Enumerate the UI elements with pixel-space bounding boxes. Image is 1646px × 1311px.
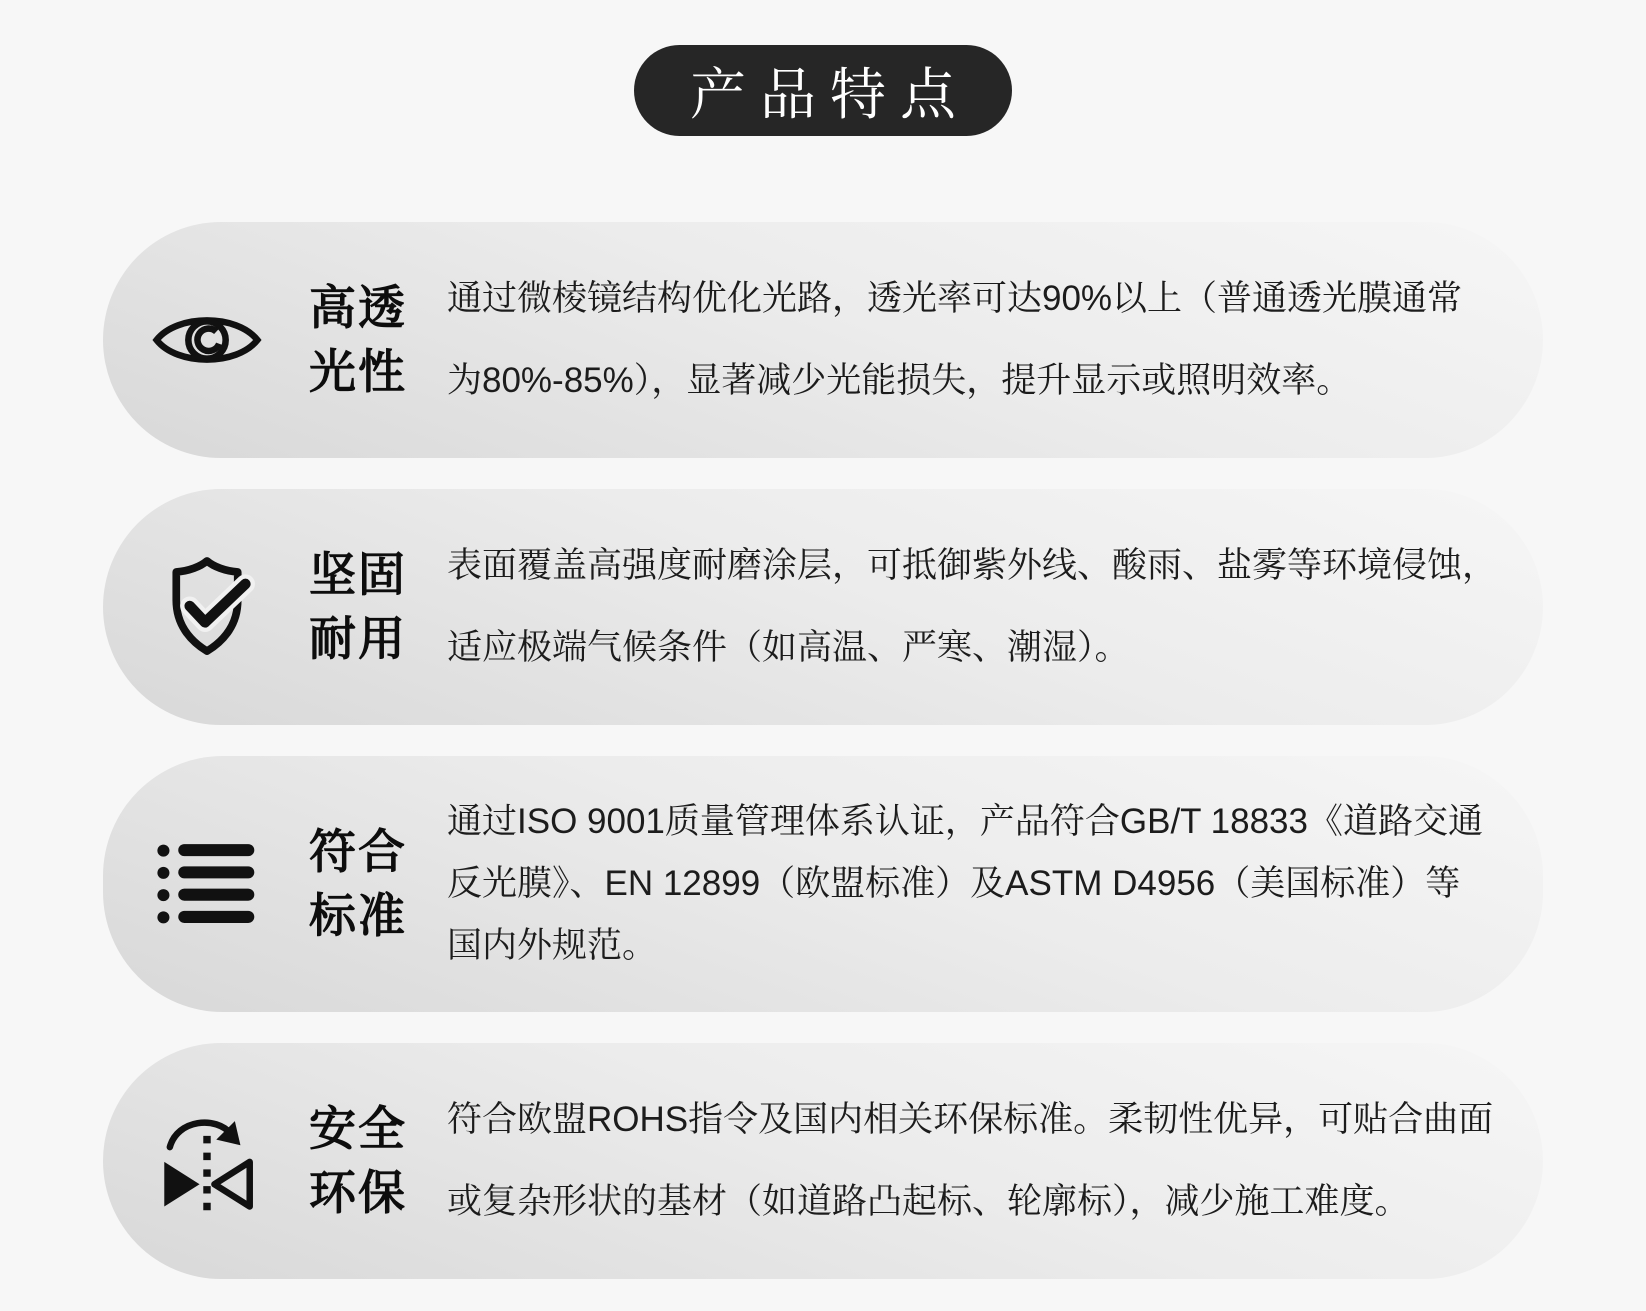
product-features-page: 产品特点 高透 光性 通过微棱镜结构优化光路，透光率可达90%以上（普通透光膜通… [0,0,1646,1311]
card-title-line2: 光性 [309,340,411,404]
feature-card-high-transmittance: 高透 光性 通过微棱镜结构优化光路，透光率可达90%以上（普通透光膜通常 为80… [103,222,1543,458]
card-title-line2: 标准 [309,884,411,948]
card-title-line1: 安全 [309,1097,411,1161]
description-line: 反光膜》、EN 12899（欧盟标准）及ASTM D4956（美国标准）等 [447,853,1483,915]
description-line: 适应极端气候条件（如高温、严寒、潮湿）。 [447,607,1497,689]
card-title: 安全 环保 [309,1097,411,1225]
card-title: 符合 标准 [309,820,411,948]
description-line: 通过微棱镜结构优化光路，透光率可达90%以上（普通透光膜通常 [447,258,1462,340]
card-title: 坚固 耐用 [309,543,411,671]
eye-icon [131,307,283,373]
feature-card-list: 高透 光性 通过微棱镜结构优化光路，透光率可达90%以上（普通透光膜通常 为80… [103,222,1543,1279]
feature-card-standards: 符合 标准 通过ISO 9001质量管理体系认证，产品符合GB/T 18833《… [103,756,1543,1012]
description-line: 为80%-85%），显著减少光能损失，提升显示或照明效率。 [447,340,1462,422]
feature-card-durable: 坚固 耐用 表面覆盖高强度耐磨涂层，可抵御紫外线、酸雨、盐雾等环境侵蚀， 适应极… [103,489,1543,725]
page-title-badge: 产品特点 [634,45,1012,136]
flip-mirror-icon [131,1106,283,1216]
description-line: 国内外规范。 [447,915,1483,977]
description-line: 符合欧盟ROHS指令及国内相关环保标准。柔韧性优异，可贴合曲面 [447,1079,1493,1161]
card-title-line1: 符合 [309,820,411,884]
description-line: 通过ISO 9001质量管理体系认证，产品符合GB/T 18833《道路交通 [447,791,1483,853]
card-description: 通过ISO 9001质量管理体系认证，产品符合GB/T 18833《道路交通 反… [447,791,1483,977]
shield-check-icon [131,554,283,660]
page-title: 产品特点 [690,51,970,131]
card-description: 通过微棱镜结构优化光路，透光率可达90%以上（普通透光膜通常 为80%-85%）… [447,258,1462,422]
card-description: 表面覆盖高强度耐磨涂层，可抵御紫外线、酸雨、盐雾等环境侵蚀， 适应极端气候条件（… [447,525,1497,689]
header: 产品特点 [0,0,1646,136]
card-title-line1: 高透 [309,276,411,340]
card-title-line1: 坚固 [309,543,411,607]
description-line: 或复杂形状的基材（如道路凸起标、轮廓标），减少施工难度。 [447,1161,1493,1243]
card-title: 高透 光性 [309,276,411,404]
card-description: 符合欧盟ROHS指令及国内相关环保标准。柔韧性优异，可贴合曲面 或复杂形状的基材… [447,1079,1493,1243]
description-line: 表面覆盖高强度耐磨涂层，可抵御紫外线、酸雨、盐雾等环境侵蚀， [447,525,1497,607]
card-title-line2: 耐用 [309,607,411,671]
card-title-line2: 环保 [309,1161,411,1225]
list-icon [131,840,283,928]
feature-card-eco-safe: 安全 环保 符合欧盟ROHS指令及国内相关环保标准。柔韧性优异，可贴合曲面 或复… [103,1043,1543,1279]
